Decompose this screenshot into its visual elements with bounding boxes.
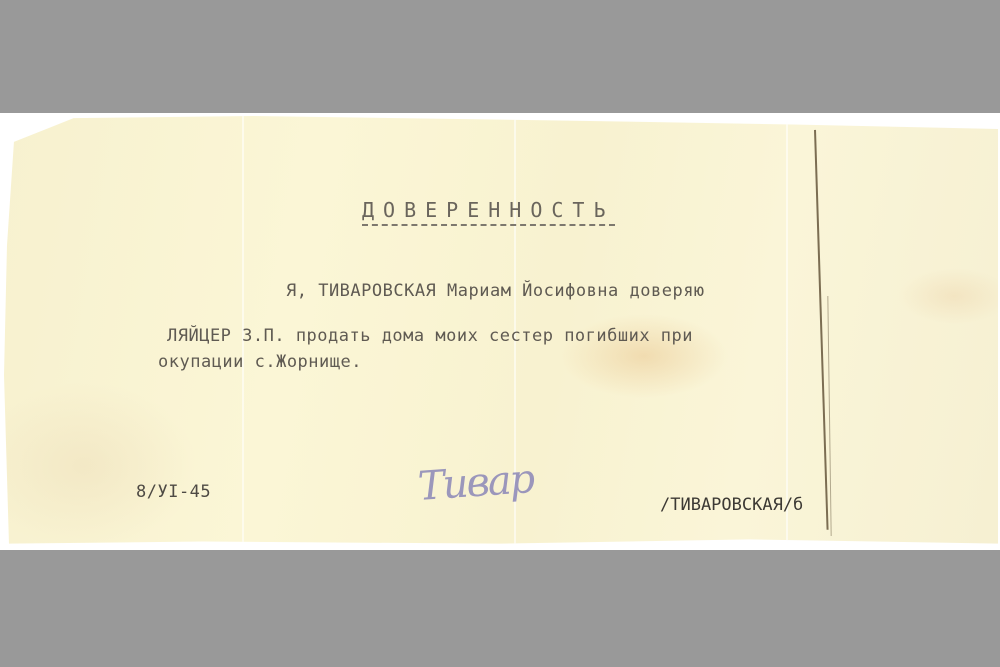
photo-stage: ДОВЕРЕННОСТЬ Я, ТИВАРОВСКАЯ Мариам Йосиф…	[0, 0, 1000, 667]
body-line-3: окупации с.Жорнище.	[158, 352, 362, 372]
handwritten-signature: Тивар	[417, 456, 535, 510]
paper-crease	[814, 130, 828, 530]
document-title: ДОВЕРЕННОСТЬ	[362, 198, 615, 226]
document-date: 8/УI-45	[136, 482, 211, 502]
typed-signature-name: /ТИВАРОВСКАЯ/б	[660, 495, 803, 515]
fold-line	[786, 116, 788, 548]
body-line-1: Я, ТИВАРОВСКАЯ Мариам Йосифовна доверяю	[286, 281, 705, 301]
paper-crease	[827, 296, 831, 536]
body-line-2: ЛЯЙЦЕР З.П. продать дома моих сестер пог…	[167, 326, 693, 346]
